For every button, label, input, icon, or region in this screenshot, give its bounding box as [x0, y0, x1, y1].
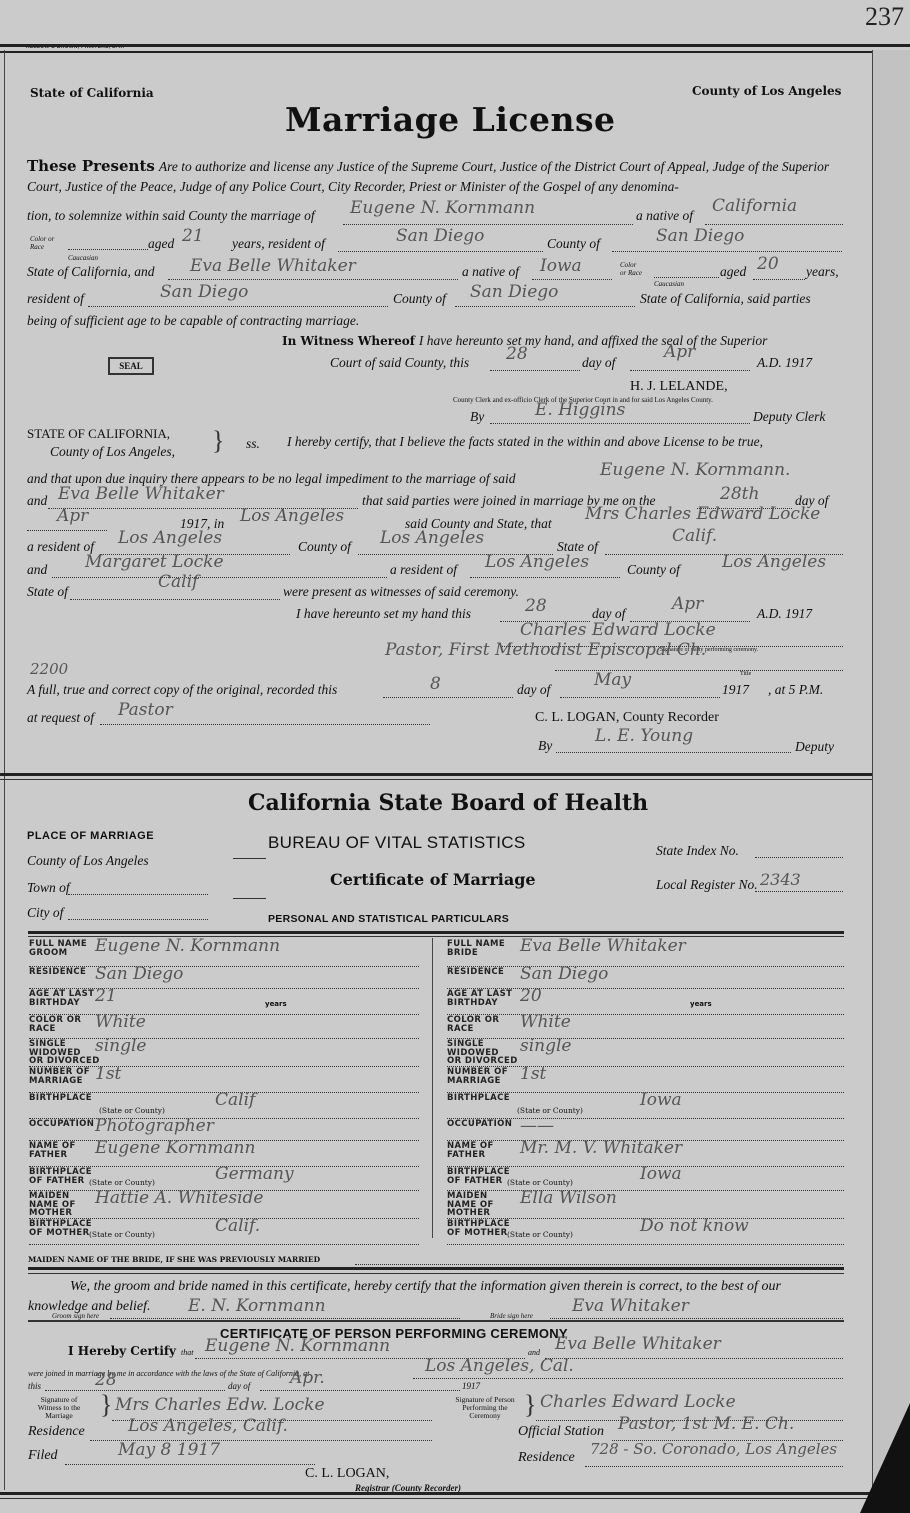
local-register-line — [755, 891, 843, 892]
hand-day: 28 — [525, 596, 547, 616]
bride-field-label: NAME OF FATHER — [447, 1142, 494, 1159]
groom-field-label: BIRTHPLACE OF MOTHER — [29, 1220, 92, 1237]
hand-month: Apr — [672, 594, 703, 614]
witness-residence: Los Angeles, Calif. — [128, 1416, 288, 1436]
filed-label: Filed — [28, 1448, 58, 1464]
bride-field-line — [447, 1190, 844, 1191]
groom-field-line — [29, 1244, 419, 1245]
title-divider-2 — [233, 898, 266, 899]
bride-field-hint: (State or County) — [517, 1106, 583, 1115]
w2-state: Calif — [158, 572, 198, 592]
witness-heading: In Witness Whereof — [282, 334, 415, 348]
hand-ad: A.D. 1917 — [757, 606, 812, 622]
groom-field-label: OCCUPATION — [29, 1120, 94, 1129]
groom-field-value: White — [95, 1012, 146, 1032]
groom-name: Eugene N. Kornmann — [350, 198, 535, 218]
bride-county: San Diego — [470, 282, 558, 302]
groom-field-label: SINGLE WIDOWED OR DIVORCED — [29, 1040, 100, 1066]
attest-text: We, the groom and bride named in this ce… — [28, 1277, 843, 1317]
deputy-signature: E. Higgins — [535, 400, 625, 420]
w1-residence: Los Angeles — [118, 528, 222, 548]
bride-field-label: FULL NAME BRIDE — [447, 940, 505, 957]
w1-state: Calif. — [672, 526, 717, 546]
w1-county-label: County of — [298, 539, 351, 555]
groom-field-label: COLOR OR RACE — [29, 1016, 81, 1033]
bride-race-line — [654, 277, 719, 278]
groom-field-label: BIRTHPLACE — [29, 1094, 92, 1103]
groom-native-line — [705, 224, 843, 225]
license-ad: A.D. 1917 — [757, 355, 812, 371]
record-number: 2200 — [30, 660, 68, 678]
bureau-title: BUREAU OF VITAL STATISTICS — [268, 833, 525, 853]
page-corner-shadow — [860, 1403, 910, 1513]
section-divider-2 — [0, 779, 872, 780]
bottom-rule-2 — [0, 1498, 872, 1499]
w2-residence: Los Angeles — [485, 552, 589, 572]
bride-field-value: Ella Wilson — [520, 1188, 617, 1208]
brace: } — [212, 426, 224, 456]
years-label: years, — [806, 264, 839, 280]
license-day: 28 — [506, 344, 528, 364]
bride-field-label: SINGLE WIDOWED OR DIVORCED — [447, 1040, 518, 1066]
groom-age: 21 — [182, 226, 204, 246]
filed-date: May 8 1917 — [118, 1440, 220, 1460]
local-register-value: 2343 — [760, 870, 801, 889]
bride-aged-label: aged — [720, 264, 746, 280]
groom-sign-line — [110, 1318, 460, 1319]
performer-residence: 728 - So. Coronado, Los Angeles — [590, 1440, 837, 1458]
bride-field-label: BIRTHPLACE OF FATHER — [447, 1168, 510, 1185]
page-number: 237 — [865, 2, 904, 32]
state-parties-label: State of California, said parties — [640, 291, 811, 307]
bride-field-line — [447, 966, 844, 967]
request-line — [100, 724, 430, 725]
this-year: 1917 — [462, 1381, 480, 1391]
place-county: County of Los Angeles — [27, 853, 149, 869]
recorder-deputy: L. E. Young — [595, 726, 693, 746]
recorded-text: A full, true and correct copy of the ori… — [27, 682, 337, 698]
by-label: By — [470, 409, 484, 425]
groom-field-hint: (State or County) — [89, 1230, 155, 1239]
groom-field-line — [29, 1014, 419, 1015]
column-divider — [432, 938, 433, 1238]
bride-native-of-label: a native of — [462, 264, 519, 280]
request-by: Pastor — [118, 700, 173, 720]
bride-residence-line — [88, 306, 388, 307]
groom-field-line — [29, 1038, 419, 1039]
groom-sign-label: Groom sign here — [52, 1312, 99, 1320]
bride-field-value: Do not know — [640, 1216, 749, 1236]
state-index-label: State Index No. — [656, 843, 739, 859]
cert-a-resident-of: a resident of — [27, 539, 94, 555]
maiden-rule-2 — [28, 1273, 844, 1274]
filed-line — [65, 1464, 315, 1465]
joined-place: Los Angeles, Cal. — [425, 1356, 574, 1376]
town-line — [68, 894, 208, 895]
groom-field-value: Calif — [215, 1090, 255, 1110]
groom-field-value: single — [95, 1036, 147, 1056]
official-station-label: Official Station — [518, 1424, 604, 1440]
title-divider-1 — [233, 858, 266, 859]
bride-signature: Eva Whitaker — [572, 1296, 689, 1316]
recorder-deputy-line — [556, 752, 791, 753]
ceremony-groom: Eugene N. Kornmann — [205, 1336, 390, 1356]
hereby-certify: I Hereby Certify — [68, 1344, 176, 1358]
recorded-time: , at 5 P.M. — [768, 682, 823, 698]
this-month-line — [260, 1390, 460, 1391]
cert-day: 28th — [720, 484, 759, 504]
bride-age: 20 — [757, 254, 779, 274]
license-preamble-block: These Presents Are to authorize and lice… — [27, 156, 845, 197]
bride-field-value: 20 — [520, 986, 542, 1006]
bride-field-value: 1st — [520, 1064, 546, 1084]
license-day-of-label: day of — [582, 355, 615, 371]
groom-field-label: RESIDENCE — [29, 968, 86, 977]
section-divider — [0, 773, 872, 776]
witness-text: I have hereunto set my hand, and affixed… — [419, 333, 768, 348]
bride-sign-line — [550, 1318, 843, 1319]
witness-signature: Mrs Charles Edw. Locke — [115, 1395, 325, 1415]
bride-field-hint: (State or County) — [507, 1230, 573, 1239]
presents-heading: These Presents — [27, 157, 155, 175]
bride-field-line — [447, 1014, 844, 1015]
w2-state-line — [70, 599, 280, 600]
groom-field-label: NUMBER OF MARRIAGE — [29, 1068, 90, 1085]
native-of-label: a native of — [636, 208, 693, 224]
state-and-label: State of California, and — [27, 264, 155, 280]
performer-residence-line — [585, 1466, 843, 1467]
recorded-day: 8 — [430, 674, 441, 694]
groom-field-value: Hattie A. Whiteside — [95, 1188, 263, 1208]
bride-field-value: Iowa — [640, 1090, 682, 1110]
bride-native: Iowa — [540, 256, 582, 276]
city-line — [68, 919, 208, 920]
court-text: Court of said County, this — [330, 355, 469, 371]
performer-brace: } — [524, 1390, 536, 1420]
w2-name: Margaret Locke — [85, 552, 224, 572]
groom-field-value: 21 — [95, 986, 117, 1006]
groom-native: California — [712, 196, 797, 216]
state-index-field — [755, 857, 843, 858]
recorded-month: May — [594, 670, 631, 690]
w2-name-line — [52, 577, 387, 578]
bride-name-line — [168, 279, 458, 280]
recorded-month-line — [560, 697, 720, 698]
groom-county: San Diego — [656, 226, 744, 246]
document-page: 237 KELLOW & BROWN, PRINTERS, L. A. Stat… — [0, 0, 910, 1513]
local-register-label: Local Register No. — [656, 877, 758, 893]
bride-field-line — [447, 1038, 844, 1039]
bride-name: Eva Belle Whitaker — [190, 256, 356, 276]
maiden-rule — [28, 1267, 844, 1270]
years-resident-label: years, resident of — [232, 236, 325, 252]
recorded-year: 1917 — [722, 682, 749, 698]
clerk-name: H. J. LELANDE, — [630, 379, 728, 395]
bride-field-label: AGE AT LAST BIRTHDAY — [447, 990, 512, 1007]
certificate-title: Certificate of Marriage — [330, 870, 536, 889]
groom-residence: San Diego — [396, 226, 484, 246]
joined-place-line — [413, 1378, 843, 1379]
color-race-bracket-2: Color or Race — [620, 261, 642, 277]
license-day-line — [490, 370, 580, 371]
witness-brace: } — [100, 1390, 112, 1420]
place-heading: PLACE OF MARRIAGE — [27, 830, 154, 842]
license-month-line — [630, 370, 750, 371]
board-title: California State Board of Health — [248, 790, 648, 816]
bride-field-hint: (State or County) — [507, 1178, 573, 1187]
caucasian-label-2: Caucasian — [654, 280, 684, 288]
place-city: City of — [27, 905, 63, 921]
groom-field-value: Eugene N. Kornmann — [95, 936, 280, 956]
bride-field-label: BIRTHPLACE — [447, 1094, 510, 1103]
groom-field-value: Eugene Kornmann — [95, 1138, 255, 1158]
place-town: Town of — [27, 880, 70, 896]
joined-text: were joined in marriage by me in accorda… — [28, 1369, 309, 1378]
groom-race-line — [68, 249, 148, 250]
bride-field-value: San Diego — [520, 964, 608, 984]
groom-field-value: Photographer — [95, 1116, 214, 1136]
that-label: that — [181, 1348, 193, 1357]
groom-county-line — [612, 251, 842, 252]
groom-name-line — [343, 224, 633, 225]
recorder-deputy-label: Deputy — [795, 739, 834, 755]
deputy-signature-line — [490, 423, 750, 424]
performer-signature: Charles Edward Locke — [540, 1392, 736, 1412]
officiant-title: Pastor, First Methodist Episcopal Ch. — [385, 640, 706, 660]
bride-native-line — [532, 279, 612, 280]
groom-field-hint: (State or County) — [89, 1178, 155, 1187]
w2-and-label: and — [27, 562, 47, 578]
left-border — [4, 50, 5, 1490]
recorder-by-label: By — [538, 738, 552, 754]
this-day: 28 — [95, 1370, 117, 1390]
groom-field-line — [29, 966, 419, 967]
this-day-line — [45, 1390, 225, 1391]
groom-field-label: NAME OF FATHER — [29, 1142, 76, 1159]
bride-field-value: Mr. M. V. Whitaker — [520, 1138, 682, 1158]
bride-field-value: Iowa — [640, 1164, 682, 1184]
bride-field-value: single — [520, 1036, 572, 1056]
bride-field-label: MAIDEN NAME OF MOTHER — [447, 1192, 494, 1218]
witness-sig-label: Signature of Witness to the Marriage — [28, 1396, 90, 1420]
bride-field-value: White — [520, 1012, 571, 1032]
bride-field-label: BIRTHPLACE OF MOTHER — [447, 1220, 510, 1237]
cert-month-line — [27, 530, 107, 531]
groom-field-label: FULL NAME GROOM — [29, 940, 87, 957]
groom-field-label: MAIDEN NAME OF MOTHER — [29, 1192, 76, 1218]
color-race-bracket-1: Color or Race — [30, 235, 60, 251]
cert-witness1: Mrs Charles Edward Locke — [585, 504, 820, 524]
registrar-name: C. L. LOGAN, — [305, 1466, 389, 1482]
bride-years-suffix: years — [690, 1000, 712, 1008]
w2-resident-label: a resident of — [390, 562, 457, 578]
particulars-subtitle: PERSONAL AND STATISTICAL PARTICULARS — [268, 913, 509, 925]
witness-residence-label: Residence — [28, 1424, 85, 1440]
cert-bride: Eva Belle Whitaker — [58, 484, 224, 504]
state-label: State of California — [30, 86, 154, 100]
bride-field-label: NUMBER OF MARRIAGE — [447, 1068, 508, 1085]
groom-field-value: San Diego — [95, 964, 183, 984]
license-title: Marriage License — [285, 100, 616, 139]
groom-field-label: BIRTHPLACE OF FATHER — [29, 1168, 92, 1185]
w2-residence-line — [470, 577, 620, 578]
recorder-name: C. L. LOGAN, County Recorder — [535, 710, 719, 726]
performer-sig-label: Signature of Person Performing the Cerem… — [447, 1396, 523, 1420]
groom-field-value: Germany — [215, 1164, 294, 1184]
bride-field-label: RESIDENCE — [447, 968, 504, 977]
performer-residence-label: Residence — [518, 1450, 575, 1466]
officiant-signature: Charles Edward Locke — [520, 620, 716, 640]
official-station: Pastor, 1st M. E. Ch. — [618, 1414, 794, 1434]
cert-groom: Eugene N. Kornmann. — [600, 460, 790, 480]
groom-field-value: 1st — [95, 1064, 121, 1084]
cert-intro: I hereby certify, that I believe the fac… — [287, 434, 763, 450]
resident-of-label: resident of — [27, 291, 84, 307]
cert-month: Apr — [57, 506, 88, 526]
w2-county: Los Angeles — [722, 552, 826, 572]
seal-box: SEAL — [108, 357, 154, 375]
groom-signature: E. N. Kornmann — [188, 1296, 326, 1316]
groom-field-value: Calif. — [215, 1216, 260, 1236]
title-caption: Title — [740, 671, 751, 677]
caucasian-label-1: Caucasian — [68, 254, 98, 262]
w1-county: Los Angeles — [380, 528, 484, 548]
sign-rule — [28, 1320, 844, 1322]
w2-county-label: County of — [627, 562, 680, 578]
groom-field-hint: (State or County) — [99, 1106, 165, 1115]
bride-field-value: —— — [520, 1116, 554, 1136]
line1-prefix: tion, to solemnize within said County th… — [27, 208, 315, 224]
particulars-top-rule — [28, 931, 844, 934]
sufficient-age-text: being of sufficient age to be capable of… — [27, 313, 359, 329]
deputy-clerk-label: Deputy Clerk — [753, 409, 825, 425]
recorded-day-line — [383, 697, 513, 698]
ss-label: ss. — [246, 436, 260, 452]
cert-state: STATE OF CALIFORNIA, — [27, 426, 170, 442]
bride-age-line — [753, 279, 805, 280]
cert-bride-line-2 — [545, 1358, 843, 1359]
cert-place: Los Angeles — [240, 506, 344, 526]
bride-residence: San Diego — [160, 282, 248, 302]
cert-county: County of Los Angeles, — [50, 444, 175, 460]
cert-and-label: and — [27, 493, 47, 509]
recorded-day-of: day of — [517, 682, 550, 698]
groom-field-label: AGE AT LAST BIRTHDAY — [29, 990, 94, 1007]
printer-imprint: KELLOW & BROWN, PRINTERS, L. A. — [26, 44, 124, 50]
ceremony-bride: Eva Belle Whitaker — [555, 1334, 721, 1354]
bride-field-line — [447, 1244, 844, 1245]
bride-field-label: OCCUPATION — [447, 1120, 512, 1129]
this-day-of: day of — [228, 1381, 250, 1391]
bride-sign-label: Bride sign here — [490, 1312, 533, 1320]
license-month: Apr — [664, 342, 695, 362]
maiden-name-label: MAIDEN NAME OF THE BRIDE, IF SHE WAS PRE… — [28, 1255, 320, 1264]
bride-field-label: COLOR OR RACE — [447, 1016, 499, 1033]
w2-state-label: State of — [27, 584, 68, 600]
request-label: at request of — [27, 710, 94, 726]
top-rule-2 — [0, 51, 910, 53]
county-label: County of Los Angeles — [692, 84, 841, 98]
right-margin — [872, 50, 910, 1513]
maiden-name-line — [355, 1264, 843, 1265]
this-month: Apr. — [290, 1368, 325, 1388]
bride-county-line — [455, 306, 635, 307]
this-label: this — [28, 1381, 41, 1391]
hand-text: I have hereunto set my hand this — [296, 606, 471, 622]
top-rule — [0, 44, 910, 47]
present-text: were present as witnesses of said ceremo… — [283, 584, 519, 600]
county-of-label: County of — [547, 236, 600, 252]
bottom-rule — [0, 1492, 872, 1495]
bride-county-label: County of — [393, 291, 446, 307]
aged-label: aged — [148, 236, 174, 252]
groom-years-suffix: years — [265, 1000, 287, 1008]
groom-residence-line — [338, 251, 543, 252]
bride-field-value: Eva Belle Whitaker — [520, 936, 686, 956]
